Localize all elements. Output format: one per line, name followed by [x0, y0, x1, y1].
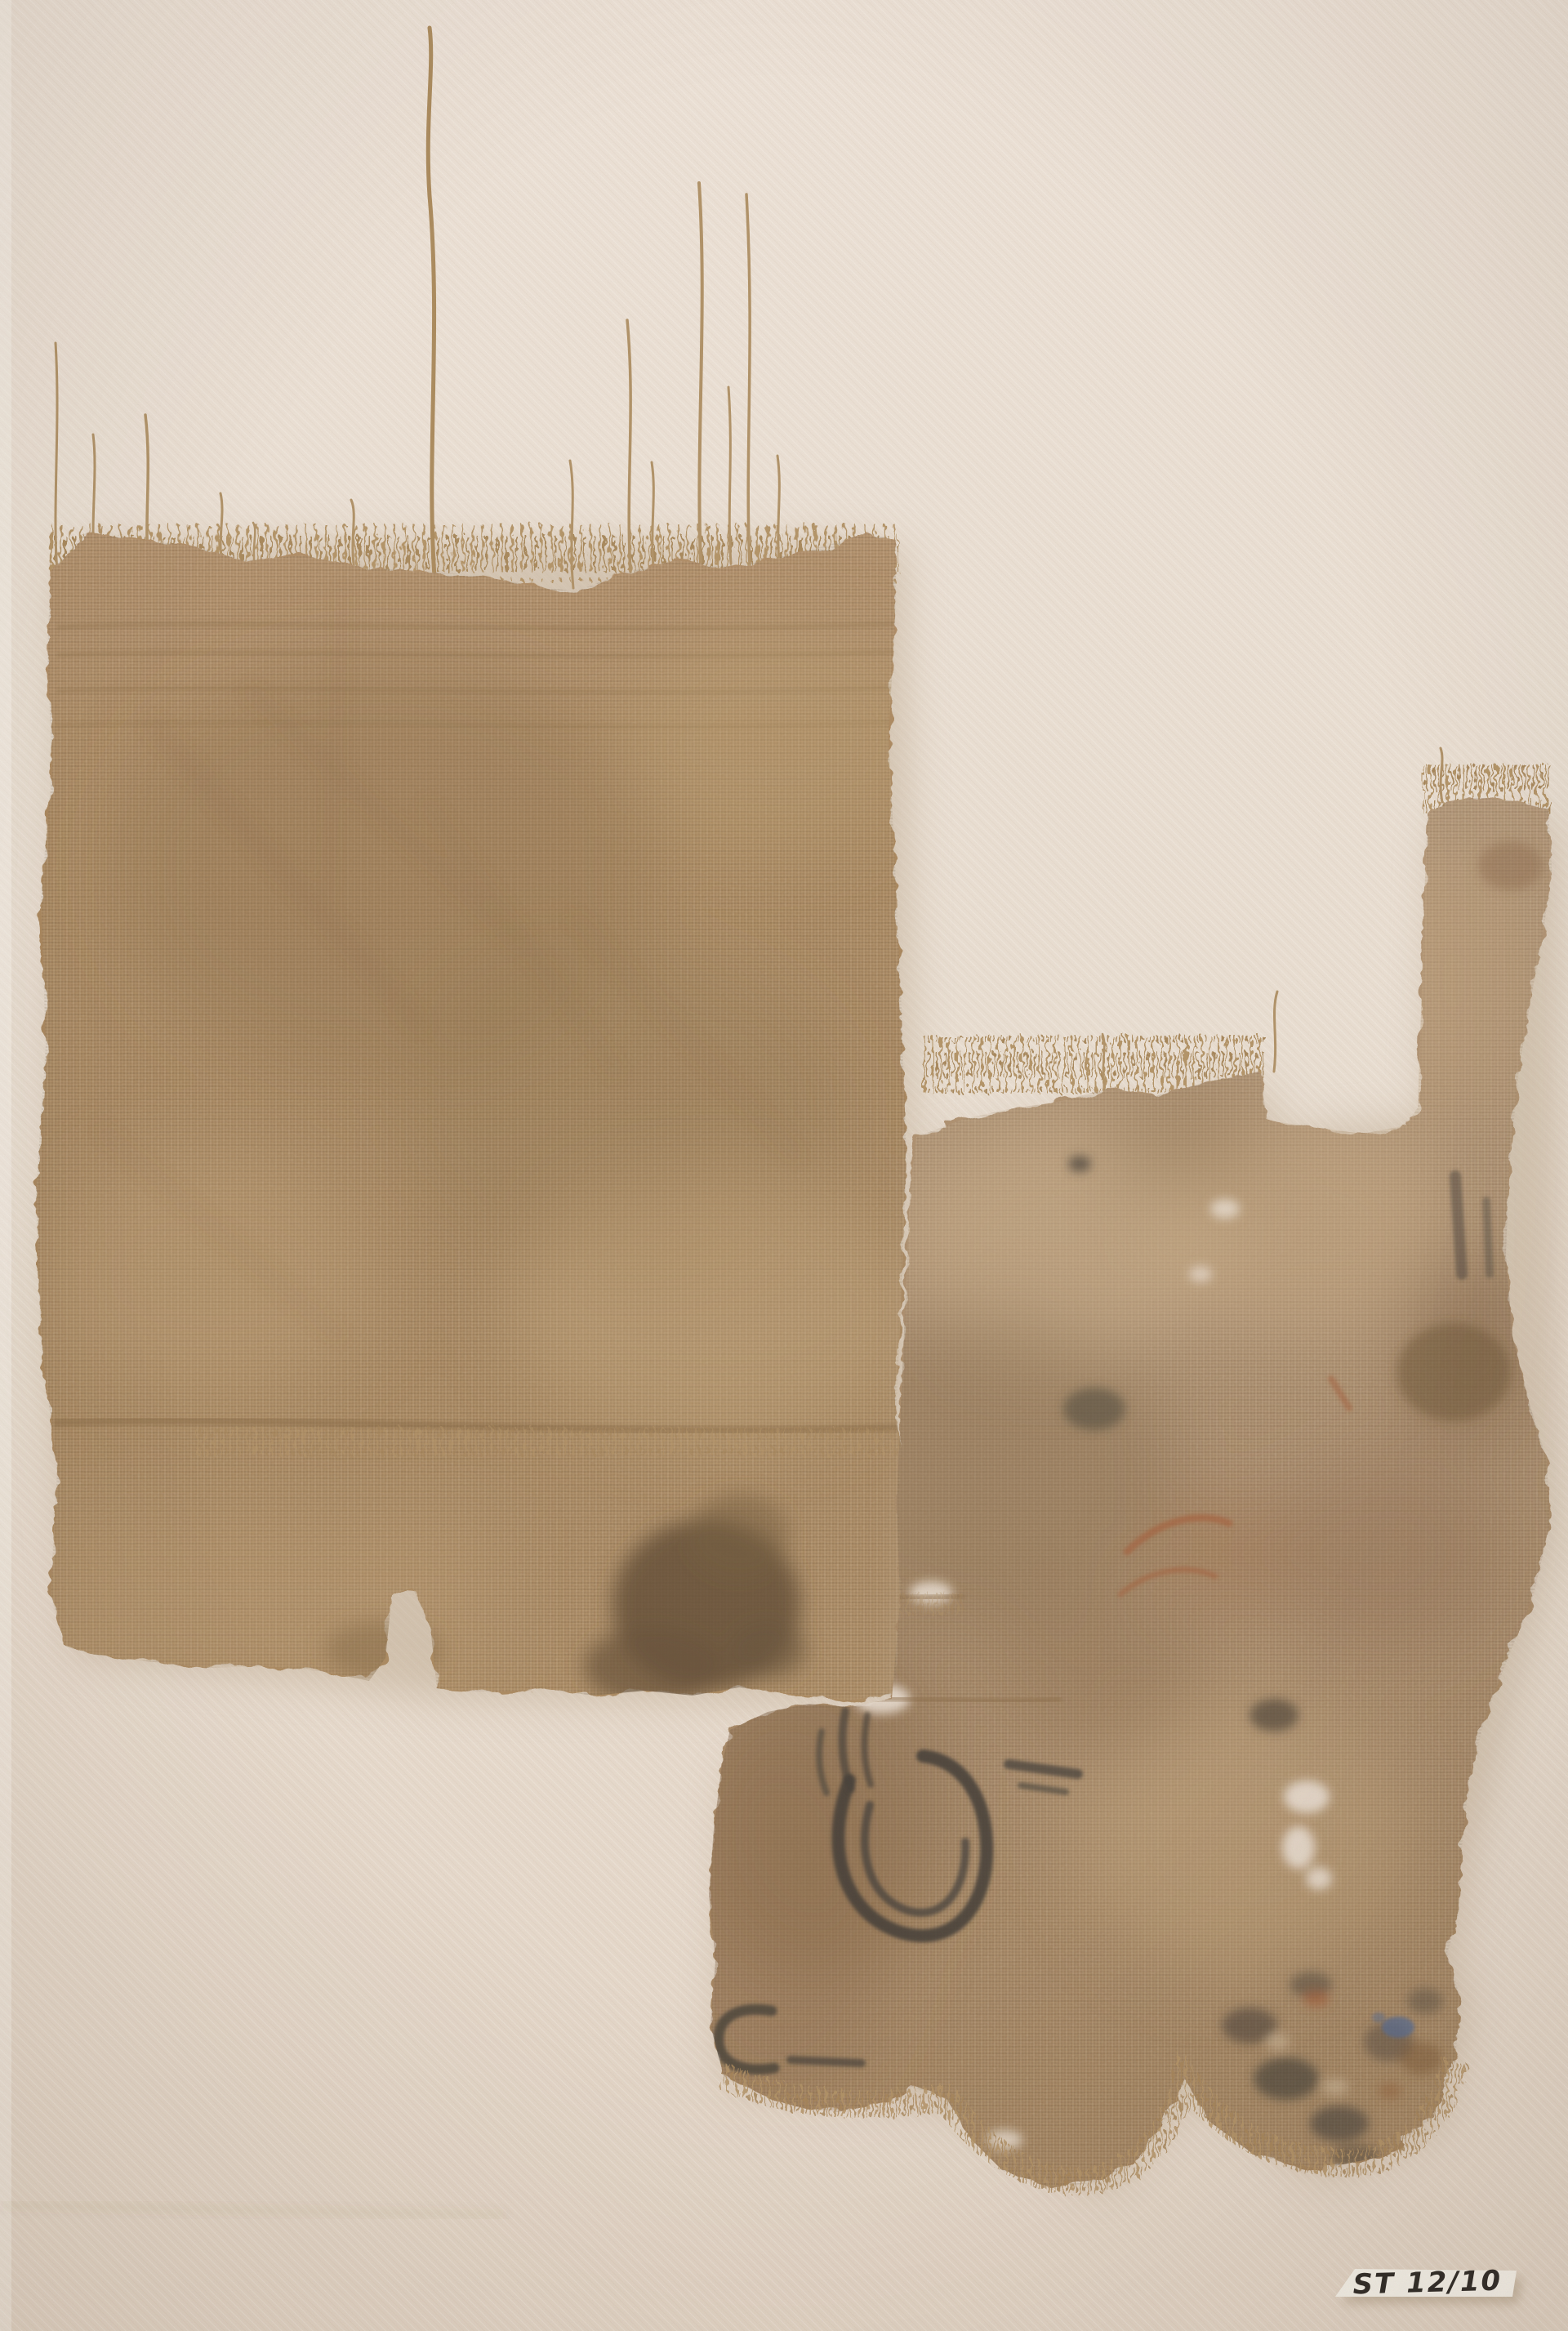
photograph-textile-fragments: ST 12/10 — [0, 0, 1568, 2331]
photo-vignette — [0, 0, 1568, 2331]
photo-canvas: ST 12/10 — [0, 0, 1568, 2331]
